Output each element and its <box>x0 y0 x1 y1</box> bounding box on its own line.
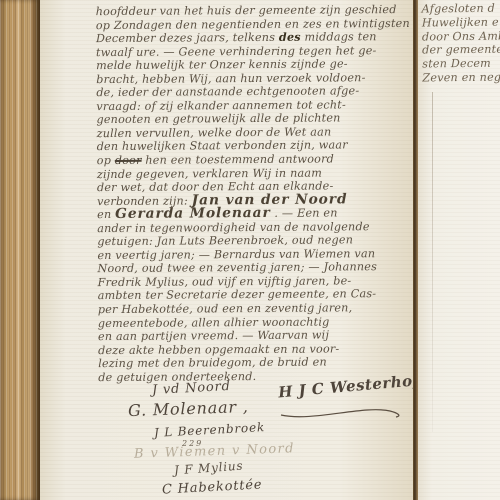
text-segment: Fredrik Mylius, oud vijf en vijftig jare… <box>98 274 352 289</box>
text-segment-strike: door <box>115 154 142 167</box>
text-segment: en aan partijen vreemd. — Waarvan wij <box>98 329 329 344</box>
text-line: ambten ter Secretarie dezer gemeente, en… <box>98 287 415 303</box>
fragment-line: Zeven en neg <box>422 71 500 86</box>
text-segment: December dezes jaars, telkens <box>96 31 279 45</box>
text-segment: gemeentebode, allen alhier woonachtig <box>98 315 330 330</box>
left-page: hoofddeur van het huis der gemeente zijn… <box>40 0 415 500</box>
text-segment: vraagd: of zij elkander aannemen tot ech… <box>96 98 346 113</box>
signature-flourish <box>278 402 408 428</box>
text-segment: deze akte hebben opgemaakt en na voor- <box>98 342 339 357</box>
fragment-line: der gemeente <box>422 43 500 58</box>
text-line: twaalf ure. — Geene verhindering tegen h… <box>96 44 414 60</box>
right-page-sliver: Afgesloten dHuwelijken edoor Ons Ambder … <box>418 0 500 500</box>
text-segment: per Habekottée, oud een en zeventig jare… <box>98 301 353 316</box>
signature-witness-4: C Habekottée <box>162 477 263 497</box>
text-segment: ander in tegenwoordigheid van de navolge… <box>97 220 369 235</box>
fragment-line: Huwelijken e <box>422 15 500 30</box>
manuscript-lines: hoofddeur van het huis der gemeente zijn… <box>96 3 415 385</box>
text-line: Noord, oud twee en zeventig jaren; — Joh… <box>97 260 415 276</box>
text-segment: hen een toestemmend antwoord <box>142 152 334 166</box>
text-segment: op <box>97 154 115 167</box>
text-segment: Noord, oud twee en zeventig jaren; — Joh… <box>97 261 377 276</box>
signature-bride: G. Molenaar , <box>128 397 249 420</box>
text-segment: genooten en getrouwelijk alle de plichte… <box>96 112 340 127</box>
fragment-line: door Ons Amb <box>422 29 500 44</box>
text-segment: de, ieder der aanstaande echtgenooten af… <box>96 85 359 100</box>
text-segment: ambten ter Secretarie dezer gemeente, en… <box>98 288 377 303</box>
fragment-line: Afgesloten d <box>422 2 500 17</box>
text-segment: getuigen: Jan Luts Beerenbroek, oud nege… <box>97 234 353 249</box>
signature-witness-2-faded: B v Wiemen v Noord <box>134 441 295 462</box>
text-segment: lezing met den bruidegom, de bruid en <box>98 356 327 371</box>
book-binding-edge <box>0 0 40 500</box>
signature-witness-1: J L Beerenbroek <box>154 420 266 440</box>
text-segment: den huwelijken Staat verbonden zijn, waa… <box>97 139 348 154</box>
text-line: ander in tegenwoordigheid van de navolge… <box>97 220 415 236</box>
paper-crease <box>432 92 433 432</box>
signature-witness-3: J F Mylius <box>174 459 244 478</box>
text-segment: twaalf ure. — Geene verhindering tegen h… <box>96 44 377 59</box>
right-page-lines: Afgesloten dHuwelijken edoor Ons Ambder … <box>422 2 500 86</box>
text-segment: zullen vervullen, welke door de Wet aan <box>97 125 332 140</box>
book-scan: hoofddeur van het huis der gemeente zijn… <box>0 0 500 500</box>
text-segment: hoofddeur van het huis der gemeente zijn… <box>96 3 397 18</box>
signature-bridegroom: J vd Noord <box>152 379 231 398</box>
text-segment-blot: des <box>279 30 301 44</box>
text-segment: melde huwelijk ter Onzer kennis zijnde g… <box>96 58 348 73</box>
text-segment: zijnde gegeven, verklaren Wij in naam <box>97 166 322 181</box>
fragment-line: sten Decem <box>422 57 500 72</box>
text-segment: en veertig jaren; — Bernardus van Wiemen… <box>97 247 375 262</box>
text-segment: bracht, hebben Wij, aan hun verzoek vold… <box>96 71 365 86</box>
text-segment: en <box>97 208 115 221</box>
text-segment: . — Een en <box>271 207 338 220</box>
text-segment-big: Gerarda Molenaar <box>115 205 271 222</box>
text-segment: middags ten <box>301 30 377 44</box>
